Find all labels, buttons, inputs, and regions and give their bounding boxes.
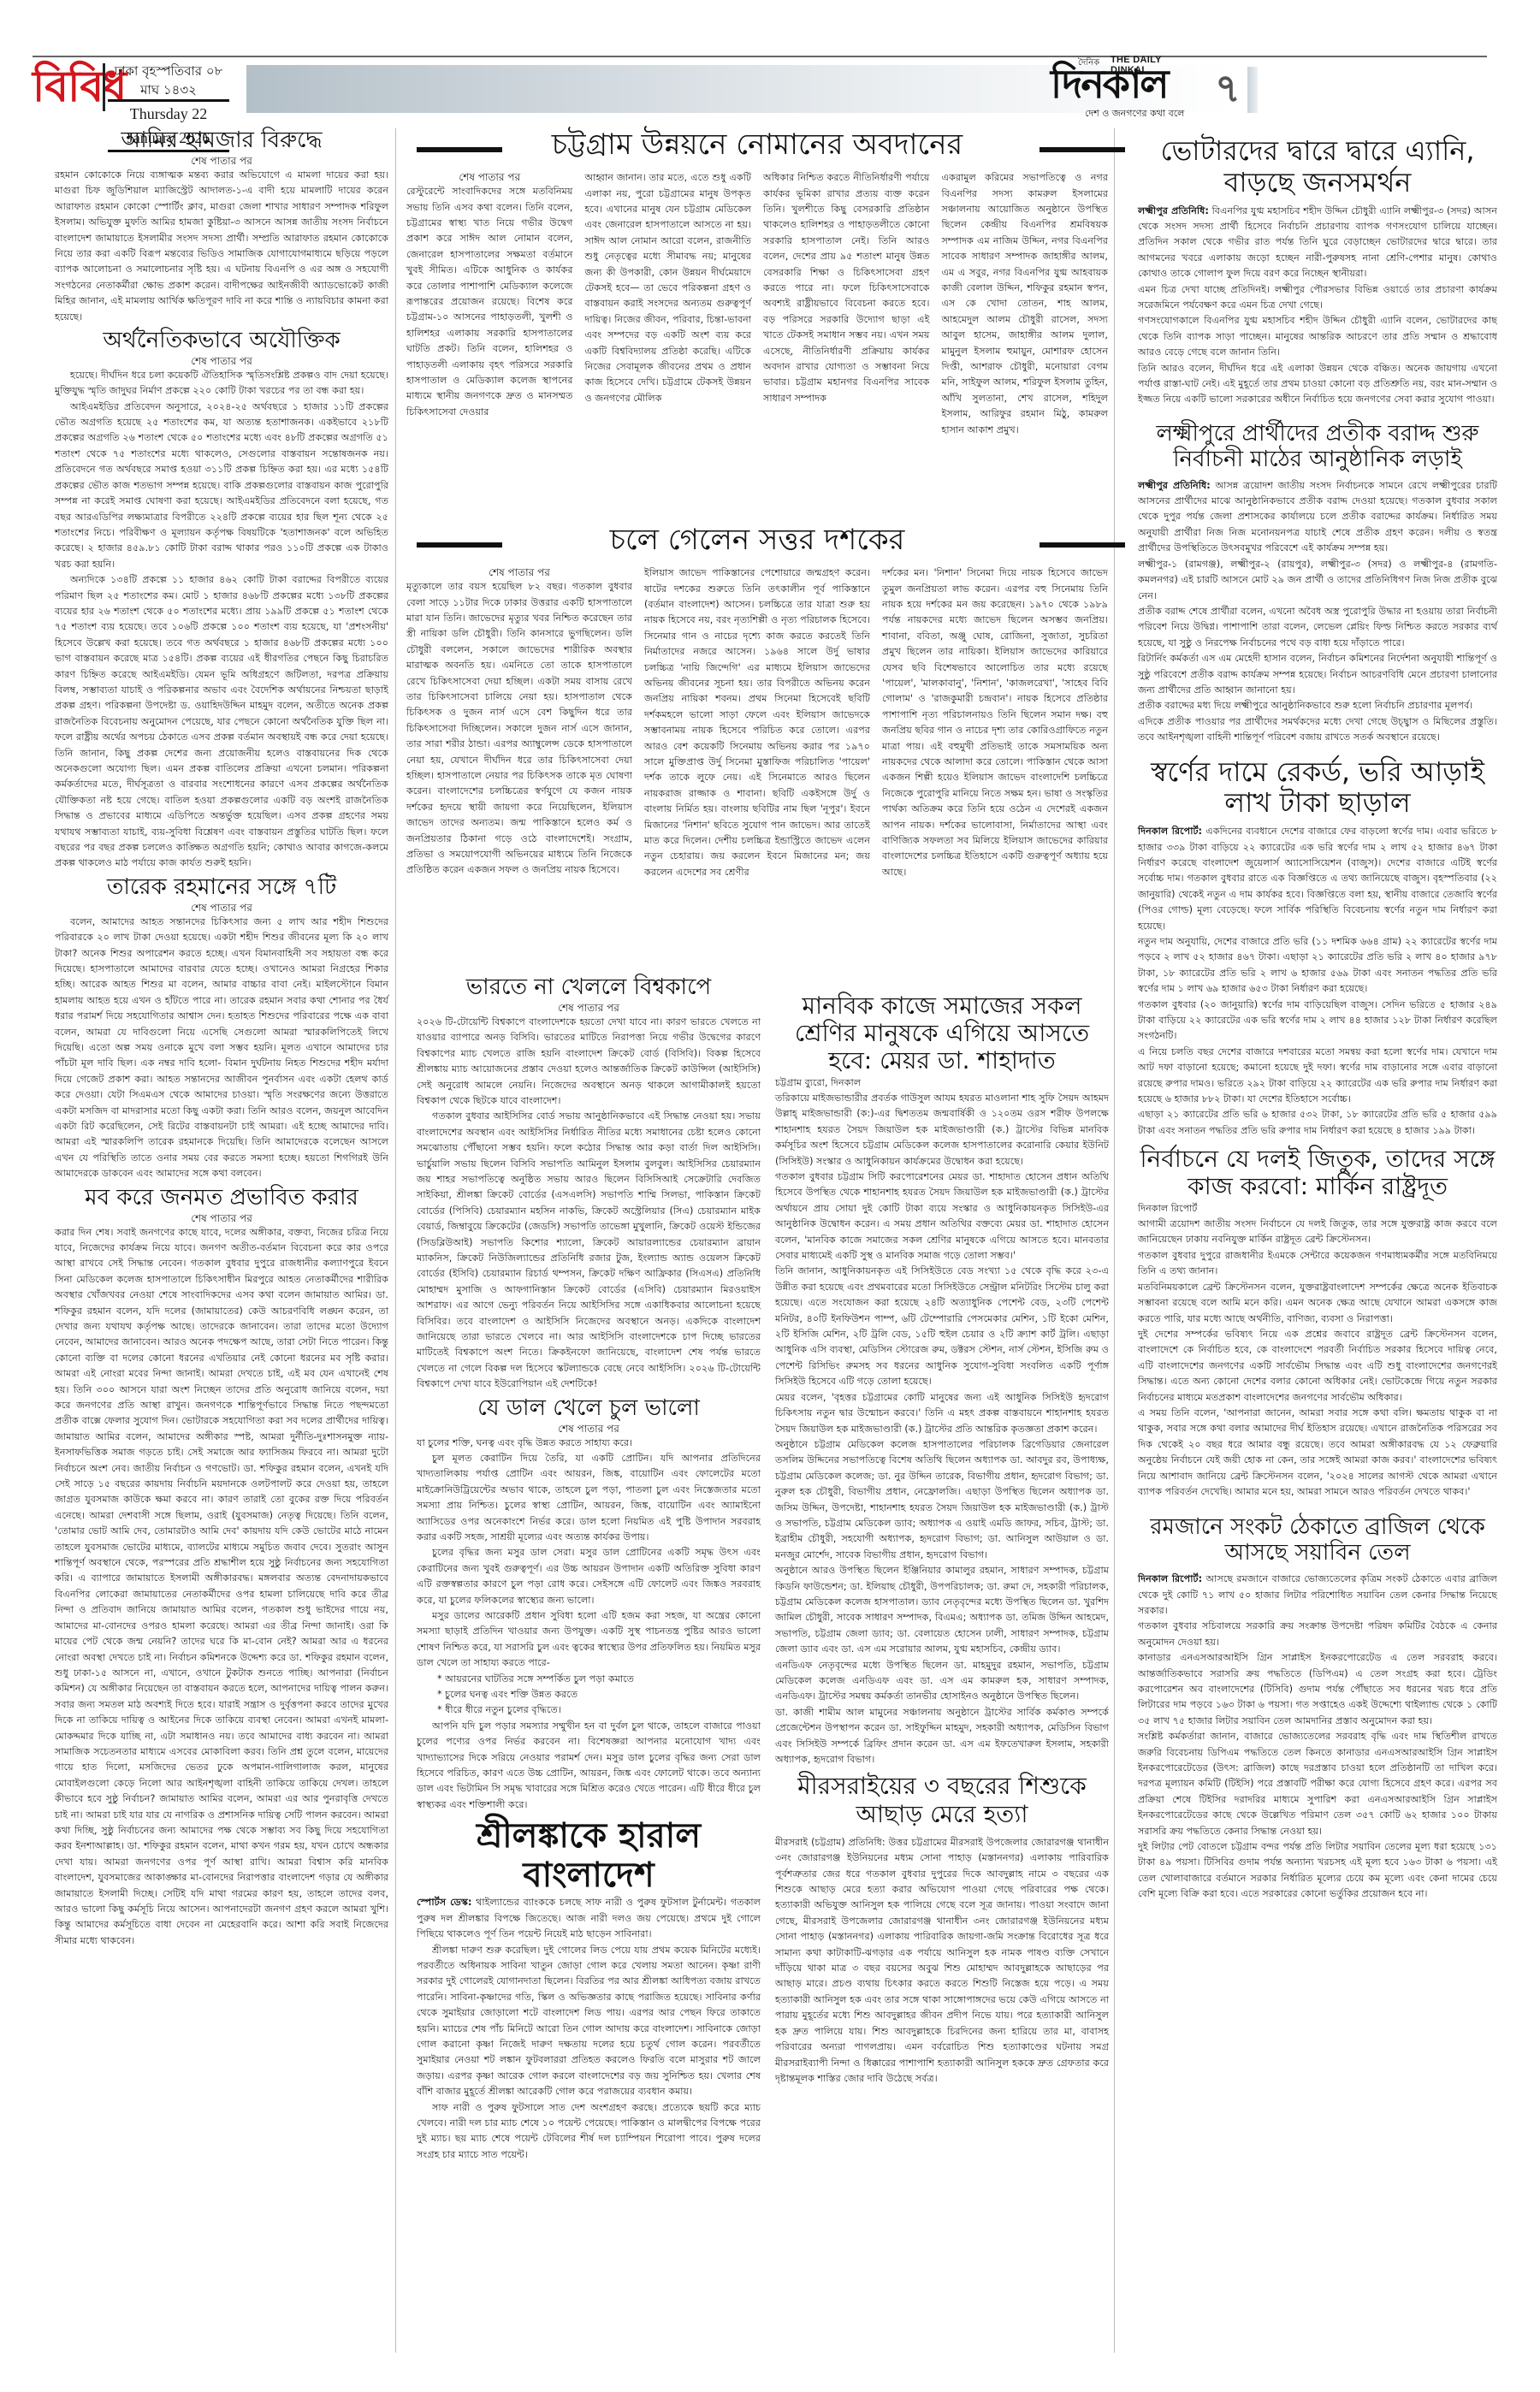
headline: রমজানে সংকট ঠেকাতে ব্রাজিল থেকে আসছে সয়… xyxy=(1138,1515,1497,1566)
paragraph: আইএমইডির প্রতিবেদন অনুসারে, ২০২৪-২৫ অর্থ… xyxy=(55,400,388,572)
column-text: ইলিয়াস জাভেদ পাকিস্তানের পেশোয়ারে জন্ম… xyxy=(644,565,870,880)
article-soybean[interactable]: রমজানে সংকট ঠেকাতে ব্রাজিল থেকে আসছে সয়… xyxy=(1138,1515,1497,1902)
kicker: শেষ পাতার পর xyxy=(55,1211,388,1225)
masthead: বিবিধ ঢাকা বৃহস্পতিবার ০৮ মাঘ ১৪৩২ Thurs… xyxy=(33,60,1504,115)
paragraph: সংশ্লিষ্ট কর্মকর্তারা জানান, বাজারে ভোজ্… xyxy=(1138,1729,1497,1839)
article-srilanka[interactable]: শ্রীলঙ্কাকে হারাল বাংলাদেশ স্পোর্টস ডেস্… xyxy=(417,1816,761,2163)
kicker: শেষ পাতার পর xyxy=(406,170,573,184)
byline: লক্ষ্মীপুর প্রতিনিধি: xyxy=(1138,480,1211,491)
article-noman[interactable]: চট্টগ্রাম উন্নয়নে নোমানের অবদানের শেষ প… xyxy=(406,128,1108,438)
bullet-item: * ধীরে ধীরে নতুন চুলের বৃদ্ধিতে। xyxy=(417,1702,761,1718)
column-rule xyxy=(395,128,396,2353)
paragraph: দুই লিটার পেট বোতলে চট্টগ্রাম বন্দর পর্য… xyxy=(1138,1839,1497,1903)
paragraph: গতকাল বুধবার সচিবালয়ে সরকারি ক্রয় সংক্… xyxy=(1138,1619,1497,1650)
kicker: শেষ পাতার পর xyxy=(406,565,632,579)
paragraph: নতুন দাম অনুযায়ি, দেশের বাজারে প্রতি ভর… xyxy=(1138,934,1497,998)
paragraph: এমন চিত্র দেখা যাচ্ছে প্রতিদিনই। লক্ষ্মী… xyxy=(1138,282,1497,314)
paragraph: তরিকায়ে মাইজভান্ডারীর প্রবর্তক গাউসুল আ… xyxy=(775,1091,1109,1169)
paragraph: এছাড়া ২১ ক্যারেটের প্রতি ভরি ৬ হাজার ৫৩… xyxy=(1138,1107,1497,1139)
paragraph: এনডিএফ নেতৃবৃন্দের মধ্যে উপস্থিত ছিলেন ড… xyxy=(775,1658,1109,1705)
article-gold[interactable]: স্বর্ণের দামে রেকর্ড, ভরি আড়াই লাখ টাকা… xyxy=(1138,756,1497,1140)
newspaper-logo[interactable]: দৈনিক THE DAILY DINKAL দিনকাল দেশ ও জনগণ… xyxy=(1051,53,1196,121)
paragraph: গতকাল বুধবার আইসিসির বোর্ড সভায় আনুষ্ঠা… xyxy=(417,1109,761,1392)
left-column: আমির হামজার বিরুদ্ধে শেষ পাতার পর রহমান … xyxy=(55,128,388,1949)
paragraph: চুল মূলত কেরাটিন দিয়ে তৈরি, যা একটি প্র… xyxy=(417,1451,761,1545)
article-amir-hamza[interactable]: আমির হামজার বিরুদ্ধে শেষ পাতার পর রহমান … xyxy=(55,128,388,325)
paragraph: গণসংযোগকালে বিএনপির যুগ্ম মহাসচিব শহীদ উ… xyxy=(1138,313,1497,360)
headline: অর্থনৈতিকভাবে অযৌক্তিক xyxy=(55,329,388,354)
paragraph: মেয়র বলেন, 'বৃহত্তর চট্টগ্রামের কোটি মা… xyxy=(775,1390,1109,1437)
bullet-item: * আয়রনের ঘাটতির সঙ্গে সম্পর্কিত চুল পড়… xyxy=(417,1672,761,1687)
paragraph: তিনি আরও বলেন, দীর্ঘদিন ধরে এই এলাকা উন্… xyxy=(1138,361,1497,408)
paragraph: এদিকে প্রতীক পাওয়ার পর প্রার্থীদের সমর্… xyxy=(1138,714,1497,746)
paragraph: ২০২৬ টি-টোয়েন্টি বিশ্বকাপে বাংলাদেশকে হ… xyxy=(417,1015,761,1109)
logo-tagline: দেশ ও জনগণের কথা বলে xyxy=(1085,106,1184,122)
column-text: একরামুল করিমের সভাপতিত্বে ও নগর বিএনপির … xyxy=(942,170,1109,438)
article-annie[interactable]: ভোটারদের দ্বারে দ্বারে এ্যানি, বাড়ছে জন… xyxy=(1138,135,1497,408)
article-mayor[interactable]: মানবিক কাজে সমাজের সকল শ্রেণির মানুষকে এ… xyxy=(775,992,1109,1767)
paragraph: ডা. কাজী শামীম আল মামুনের সঞ্চালনায় অনু… xyxy=(775,1705,1109,1768)
paragraph: শ্রীলঙ্কা দারুণ শুরু করেছিল। দুই গোলের ল… xyxy=(417,1943,761,2100)
kicker: শেষ পাতার পর xyxy=(55,901,388,915)
paragraph: অন্যদিকে ১৩৪টি প্রকল্পে ১১ হাজার ৪৬২ কোট… xyxy=(55,572,388,872)
paragraph: বলেন, আমাদের আহত সন্তানদের চিকিৎসার জন্য… xyxy=(55,915,388,1182)
column-text: আহ্বান জানান। তার মতে, এতে শুধু একটি এলা… xyxy=(585,170,752,406)
paragraph: সাফ নারী ও পুরুষ ফুটসালে সাত দেশ অংশগ্রহ… xyxy=(417,2100,761,2164)
paragraph: এ সময় তিনি বলেন, 'আপনারা জানেন, আমরা সব… xyxy=(1138,1406,1497,1500)
article-economic[interactable]: অর্থনৈতিকভাবে অযৌক্তিক শেষ পাতার পর হয়ে… xyxy=(55,329,388,872)
column-text: রেস্টুরেন্টে সাংবাদিকদের সঙ্গে মতবিনিময়… xyxy=(406,184,573,420)
dateline: চট্টগ্রাম ব্যুরো, দিনকাল xyxy=(775,1075,1109,1091)
top-rule xyxy=(33,56,1487,57)
paragraph: মীরসরাই (চট্টগ্রাম) প্রতিনিধি: উত্তর চট্… xyxy=(775,1835,1109,2087)
paragraph: রিটার্নিং কর্মকর্তা এস এম মেহেদী হাসান ব… xyxy=(1138,651,1497,698)
paragraph: রহমান কোকোকে নিয়ে ব্যঙ্গাত্মক মন্তব্য ক… xyxy=(55,168,388,325)
headline: স্বর্ণের দামে রেকর্ড, ভরি আড়াই লাখ টাকা… xyxy=(1138,756,1497,820)
headline: তারেক রহমানের সঙ্গে ৭টি xyxy=(55,875,388,901)
headline: মানবিক কাজে সমাজের সকল শ্রেণির মানুষকে এ… xyxy=(775,992,1109,1075)
paragraph: গতকাল বুধবার চট্টগ্রাম সিটি করপোরেশনের ম… xyxy=(775,1169,1109,1264)
paragraph: হয়েছে। দীর্ঘদিন ধরে চলা কয়েকটি ঐতিহাসি… xyxy=(55,368,388,400)
headline: মব করে জনমত প্রভাবিত করার xyxy=(55,1186,388,1211)
middle-right-column: মানবিক কাজে সমাজের সকল শ্রেণির মানুষকে এ… xyxy=(775,992,1109,2087)
paragraph: চুলের বৃদ্ধির জন্য মসুর ডাল সেরা। মসুর ড… xyxy=(417,1545,761,1608)
paragraph: করার দিন শেষ। সবাই জনগণের কাছে যাবে, দলে… xyxy=(55,1225,388,1950)
kicker: শেষ পাতার পর xyxy=(55,154,388,168)
paragraph: প্রতীক বরাদ্দের মধ্য দিয়ে লক্ষ্মীপুরে আ… xyxy=(1138,698,1497,713)
paragraph: দুই দেশের সম্পর্কের ভবিষ্যৎ নিয়ে এক প্র… xyxy=(1138,1327,1497,1406)
paragraph: গতকাল বুধবার (২০ জানুয়ারি) স্বর্ণের দাম… xyxy=(1138,998,1497,1045)
date-bangla: ঢাকা বৃহস্পতিবার ০৮ মাঘ ১৪৩২ xyxy=(108,62,229,102)
paragraph: মসুর ডালের আরেকটি প্রধান সুবিধা হলো এটি … xyxy=(417,1608,761,1672)
paragraph: কানাডার এনএসআরআইসি গ্রিন সাপ্লাইস ইনকরপো… xyxy=(1138,1650,1497,1729)
byline: লক্ষ্মীপুর প্রতিনিধি: xyxy=(1138,205,1209,216)
masthead-divider xyxy=(103,63,105,111)
paragraph: তিনি জানান, আধুনিকায়নকৃত এই সিসিইউতে বে… xyxy=(775,1264,1109,1389)
headline: মীরসরাইয়ের ৩ বছরের শিশুকে আছাড় মেরে হত… xyxy=(775,1773,1109,1827)
article-us-envoy[interactable]: নির্বাচনে যে দলই জিতুক, তাদের সঙ্গে কাজ … xyxy=(1138,1146,1497,1500)
headline: লক্ষ্মীপুরে প্রার্থীদের প্রতীক বরাদ্দ শু… xyxy=(1138,422,1497,473)
headline: চট্টগ্রাম উন্নয়নে নোমানের অবদানের xyxy=(406,128,1108,162)
page-number: ৭ xyxy=(1215,63,1241,113)
kicker: শেষ পাতার পর xyxy=(417,1422,761,1436)
byline: স্পোর্টস ডেস্ক: xyxy=(417,1897,471,1908)
paragraph: একদিনের ব্যবধানে দেশের বাজারে ফের বাড়লো… xyxy=(1138,826,1497,931)
dateline: দিনকাল রিপোর্ট xyxy=(1138,1201,1497,1217)
headline: আমির হামজার বিরুদ্ধে xyxy=(55,128,388,154)
paragraph: লক্ষ্মীপুর-১ (রামগঞ্জ), লক্ষ্মীপুর-২ (রা… xyxy=(1138,557,1497,604)
paragraph: প্রতীক বরাদ্দ শেষে প্রার্থীরা বলেন, এখনো… xyxy=(1138,604,1497,651)
article-dal[interactable]: যে ডাল খেলে চুল ভালো শেষ পাতার পর যা চুল… xyxy=(417,1396,761,1814)
headline: ভারতে না খেললে বিশ্বকাপে xyxy=(417,975,761,1001)
column-text: অধিকার নিশ্চিত করতে নীতিনির্ধারণী পর্যায… xyxy=(763,170,930,406)
paragraph: যা চুলের শক্তি, ঘনত্ব এবং বৃদ্ধি উন্নত ক… xyxy=(417,1436,761,1451)
article-javed[interactable]: চলে গেলেন সত্তর দশকের শেষ পাতার পর মৃত্য… xyxy=(406,524,1108,880)
column-rule xyxy=(1114,128,1115,2353)
headline-bar-left xyxy=(417,542,502,548)
middle-left-column: ভারতে না খেললে বিশ্বকাপে শেষ পাতার পর ২০… xyxy=(417,975,761,2163)
logo-main-text: দিনকাল xyxy=(1051,62,1168,106)
paragraph: মতবিনিময়কালে ব্রেন্ট ক্রিস্টেনসন বলেন, … xyxy=(1138,1280,1497,1327)
right-column: ভোটারদের দ্বারে দ্বারে এ্যানি, বাড়ছে জন… xyxy=(1138,135,1497,1903)
headline-bar-right xyxy=(1039,147,1125,152)
byline: দিনকাল রিপোর্ট: xyxy=(1138,826,1202,837)
paragraph: এ নিয়ে চলতি বছর দেশের বাজারে দশবারের মত… xyxy=(1138,1045,1497,1108)
byline: দিনকাল রিপোর্ট: xyxy=(1138,1573,1202,1584)
paragraph: অনুষ্ঠানে চট্টগ্রাম মেডিকেল কলেজ হাসপাতা… xyxy=(775,1437,1109,1563)
kicker: শেষ পাতার পর xyxy=(417,1001,761,1015)
article-symbol[interactable]: লক্ষ্মীপুরে প্রার্থীদের প্রতীক বরাদ্দ শু… xyxy=(1138,422,1497,746)
column-text: দর্শকের মন। 'নিশান' সিনেমা দিয়ে নায়ক হ… xyxy=(882,565,1108,880)
paragraph: আগামী ত্রয়োদশ জাতীয় সংসদ নির্বাচনে যে … xyxy=(1138,1217,1497,1248)
headline: ভোটারদের দ্বারে দ্বারে এ্যানি, বাড়ছে জন… xyxy=(1138,135,1497,198)
headline-bar-left xyxy=(417,147,502,152)
article-tarique[interactable]: তারেক রহমানের সঙ্গে ৭টি শেষ পাতার পর বলে… xyxy=(55,875,388,1182)
headline: নির্বাচনে যে দলই জিতুক, তাদের সঙ্গে কাজ … xyxy=(1138,1146,1497,1200)
kicker: শেষ পাতার পর xyxy=(55,354,388,368)
column-text: মৃত্যুকালে তার বয়স হয়েছিল ৮২ বছর। গতকা… xyxy=(406,579,632,879)
article-mob[interactable]: মব করে জনমত প্রভাবিত করার শেষ পাতার পর ক… xyxy=(55,1186,388,1950)
bullet-item: * চুলের ঘনত্ব এবং শক্তি উন্নত করতে xyxy=(417,1687,761,1702)
page-tab-decoration xyxy=(1247,67,1258,113)
paragraph: আপনি যদি চুল পড়ার সমস্যার সম্মুখীন হন ব… xyxy=(417,1719,761,1813)
headline: যে ডাল খেলে চুল ভালো xyxy=(417,1396,761,1422)
paragraph: অনুষ্ঠানে আরও উপস্থিত ছিলেন ইঞ্জিনিয়ার … xyxy=(775,1563,1109,1657)
article-mirsarai[interactable]: মীরসরাইয়ের ৩ বছরের শিশুকে আছাড় মেরে হত… xyxy=(775,1773,1109,2087)
article-worldcup[interactable]: ভারতে না খেললে বিশ্বকাপে শেষ পাতার পর ২০… xyxy=(417,975,761,1393)
headline: শ্রীলঙ্কাকে হারাল বাংলাদেশ xyxy=(417,1816,761,1895)
headline-bar-right xyxy=(1039,542,1125,548)
headline: চলে গেলেন সত্তর দশকের xyxy=(406,524,1108,557)
paragraph: গতকাল বুধবার দুপুরে রাজধানীর ইএমকে সেন্ট… xyxy=(1138,1248,1497,1280)
